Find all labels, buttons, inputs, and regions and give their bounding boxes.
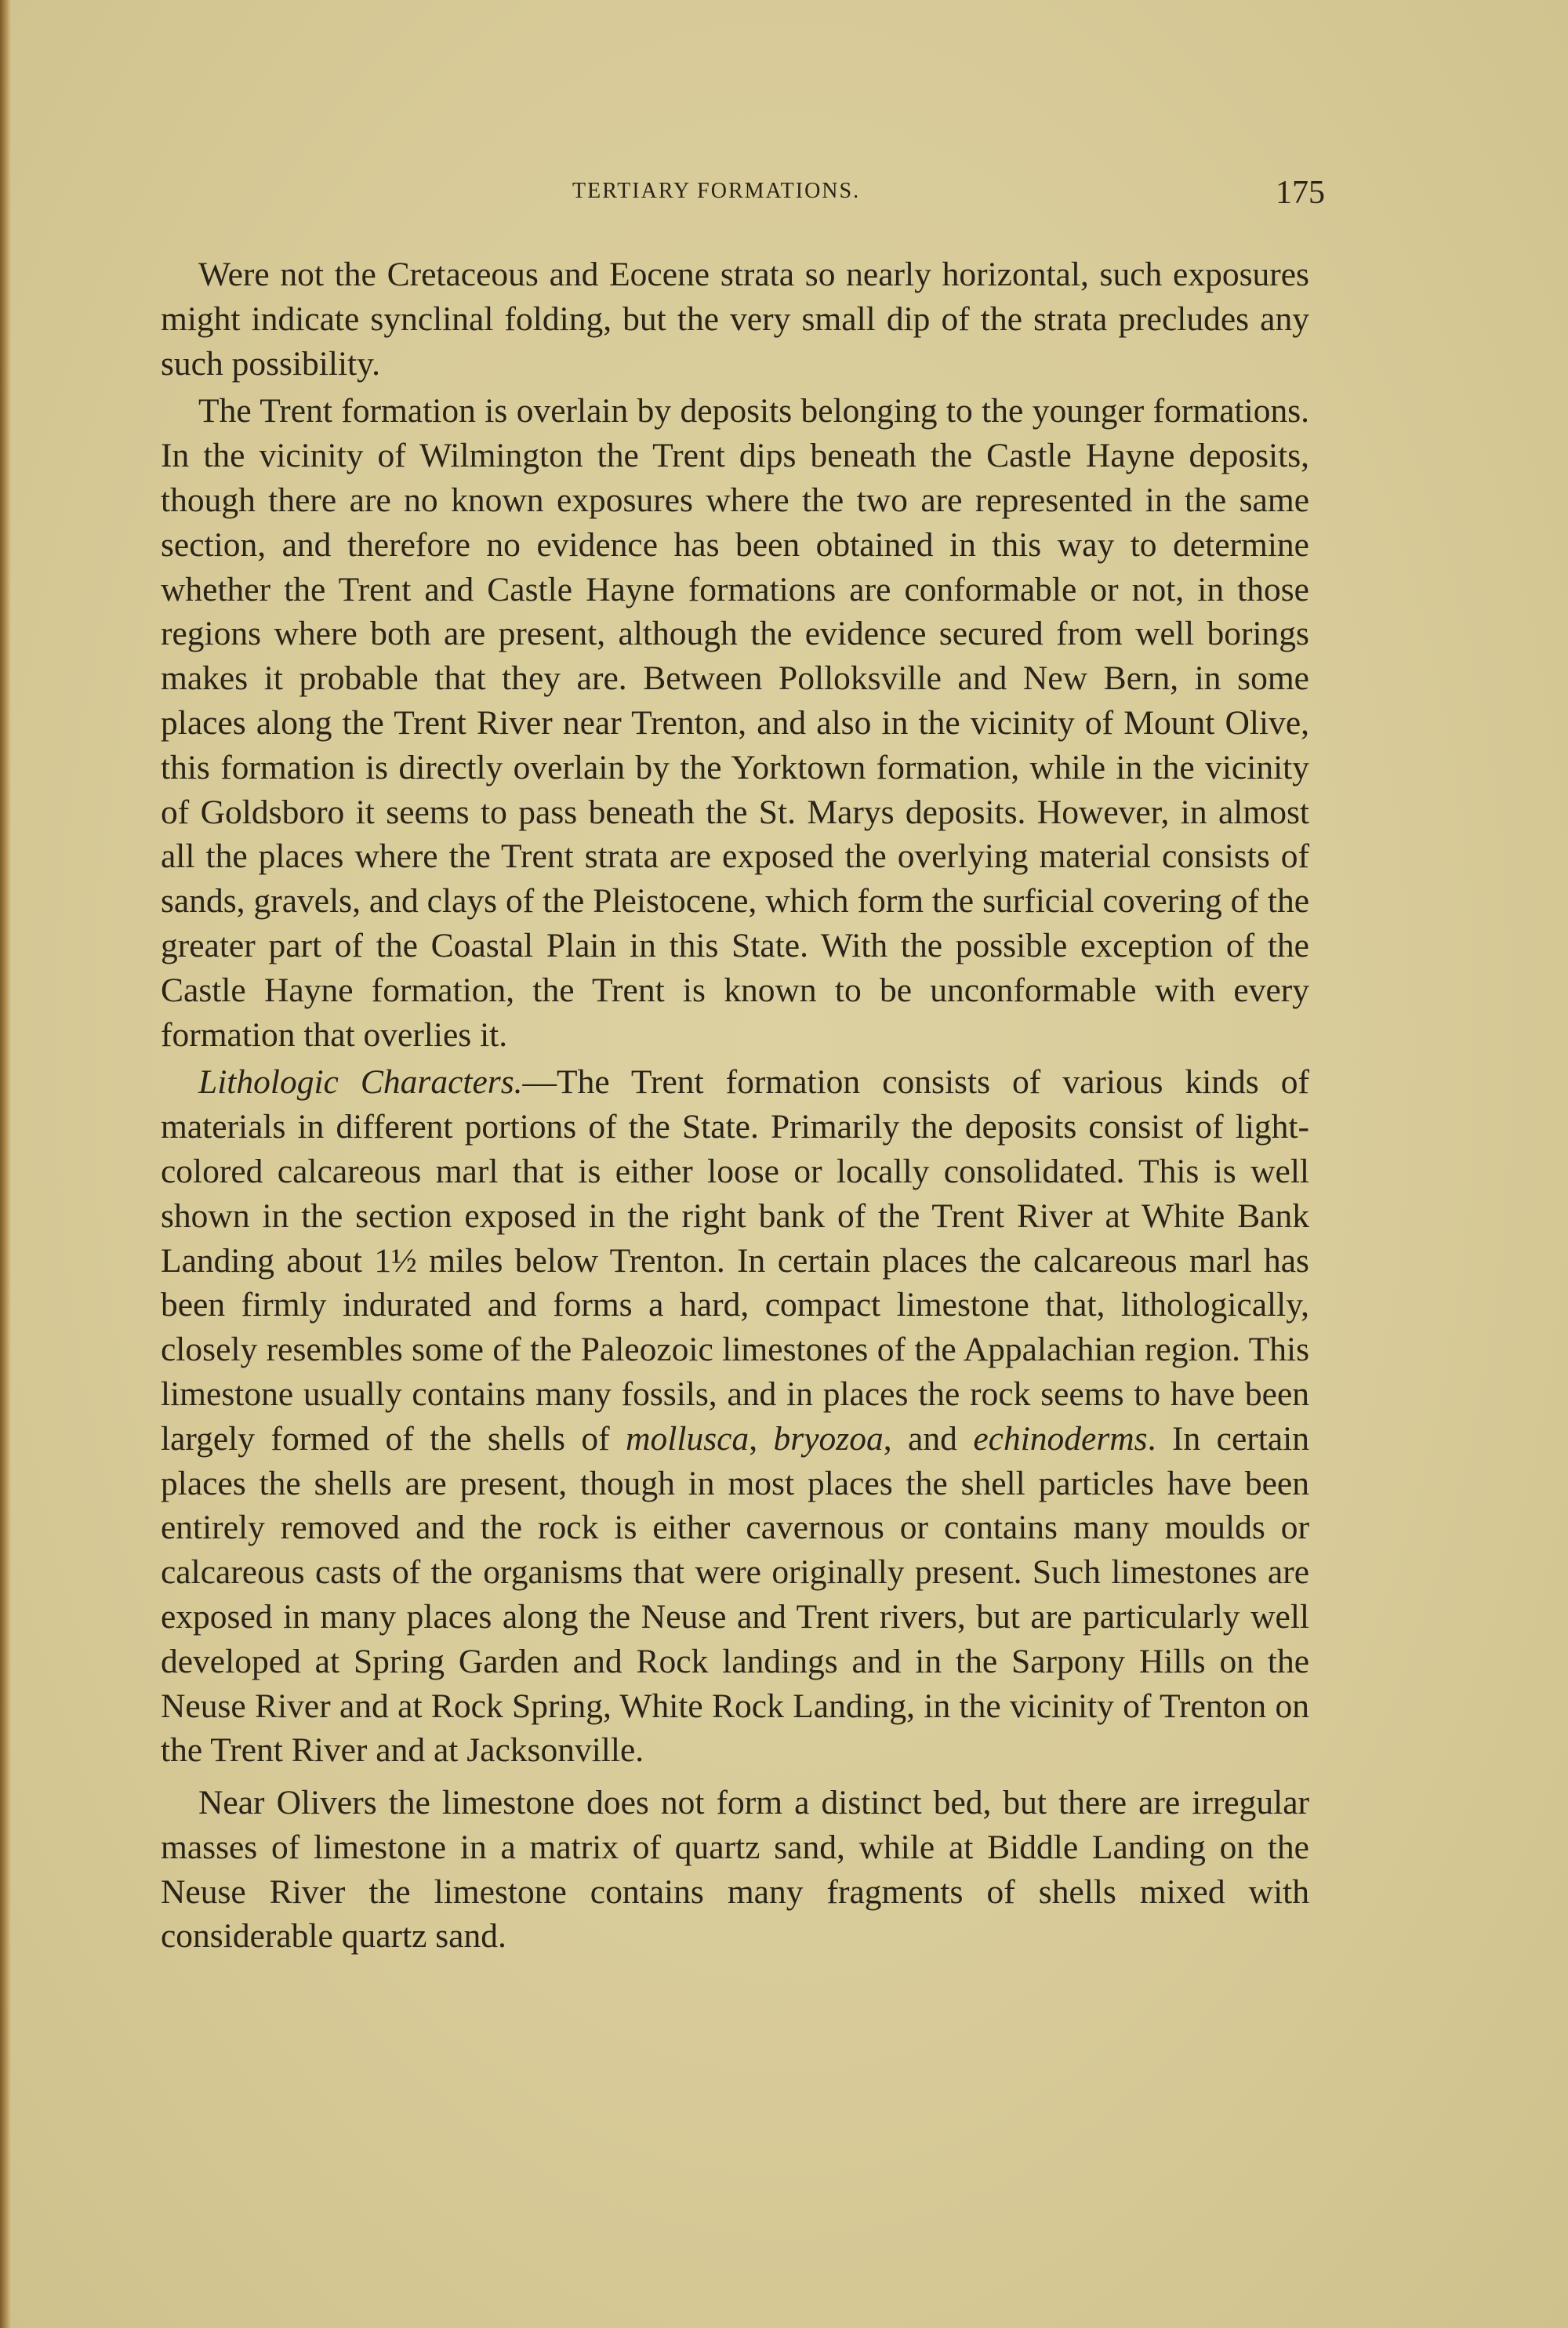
- page-number: 175: [1276, 174, 1325, 212]
- taxon-mollusca: mollusca: [626, 1420, 749, 1458]
- paragraph-overlying-formations: The Trent formation is overlain by depos…: [161, 389, 1309, 1057]
- taxon-bryozoa: bryozoa: [774, 1420, 884, 1458]
- taxon-echinoderms: echinoderms: [973, 1420, 1147, 1458]
- book-page: TERTIARY FORMATIONS. 175 Were not the Cr…: [0, 0, 1568, 2328]
- paragraph-text: —The Trent formation consists of various…: [161, 1063, 1309, 1457]
- separator: , and: [884, 1420, 974, 1458]
- running-head: TERTIARY FORMATIONS. 175: [196, 179, 1325, 218]
- page-binding-edge: [0, 0, 11, 2328]
- paragraph-text: . In certain places the shells are prese…: [161, 1420, 1309, 1770]
- section-heading-lithologic-characters: Lithologic Characters.: [198, 1063, 523, 1101]
- running-title: TERTIARY FORMATIONS.: [572, 179, 860, 204]
- paragraph-lithologic-characters: Lithologic Characters.—The Trent formati…: [161, 1060, 1309, 1773]
- paragraph-olivers-limestone: Near Olivers the limestone does not form…: [161, 1781, 1309, 1959]
- paragraph-strata-dip: Were not the Cretaceous and Eocene strat…: [161, 252, 1309, 386]
- separator: ,: [749, 1420, 773, 1458]
- body-text: Were not the Cretaceous and Eocene strat…: [161, 252, 1309, 1959]
